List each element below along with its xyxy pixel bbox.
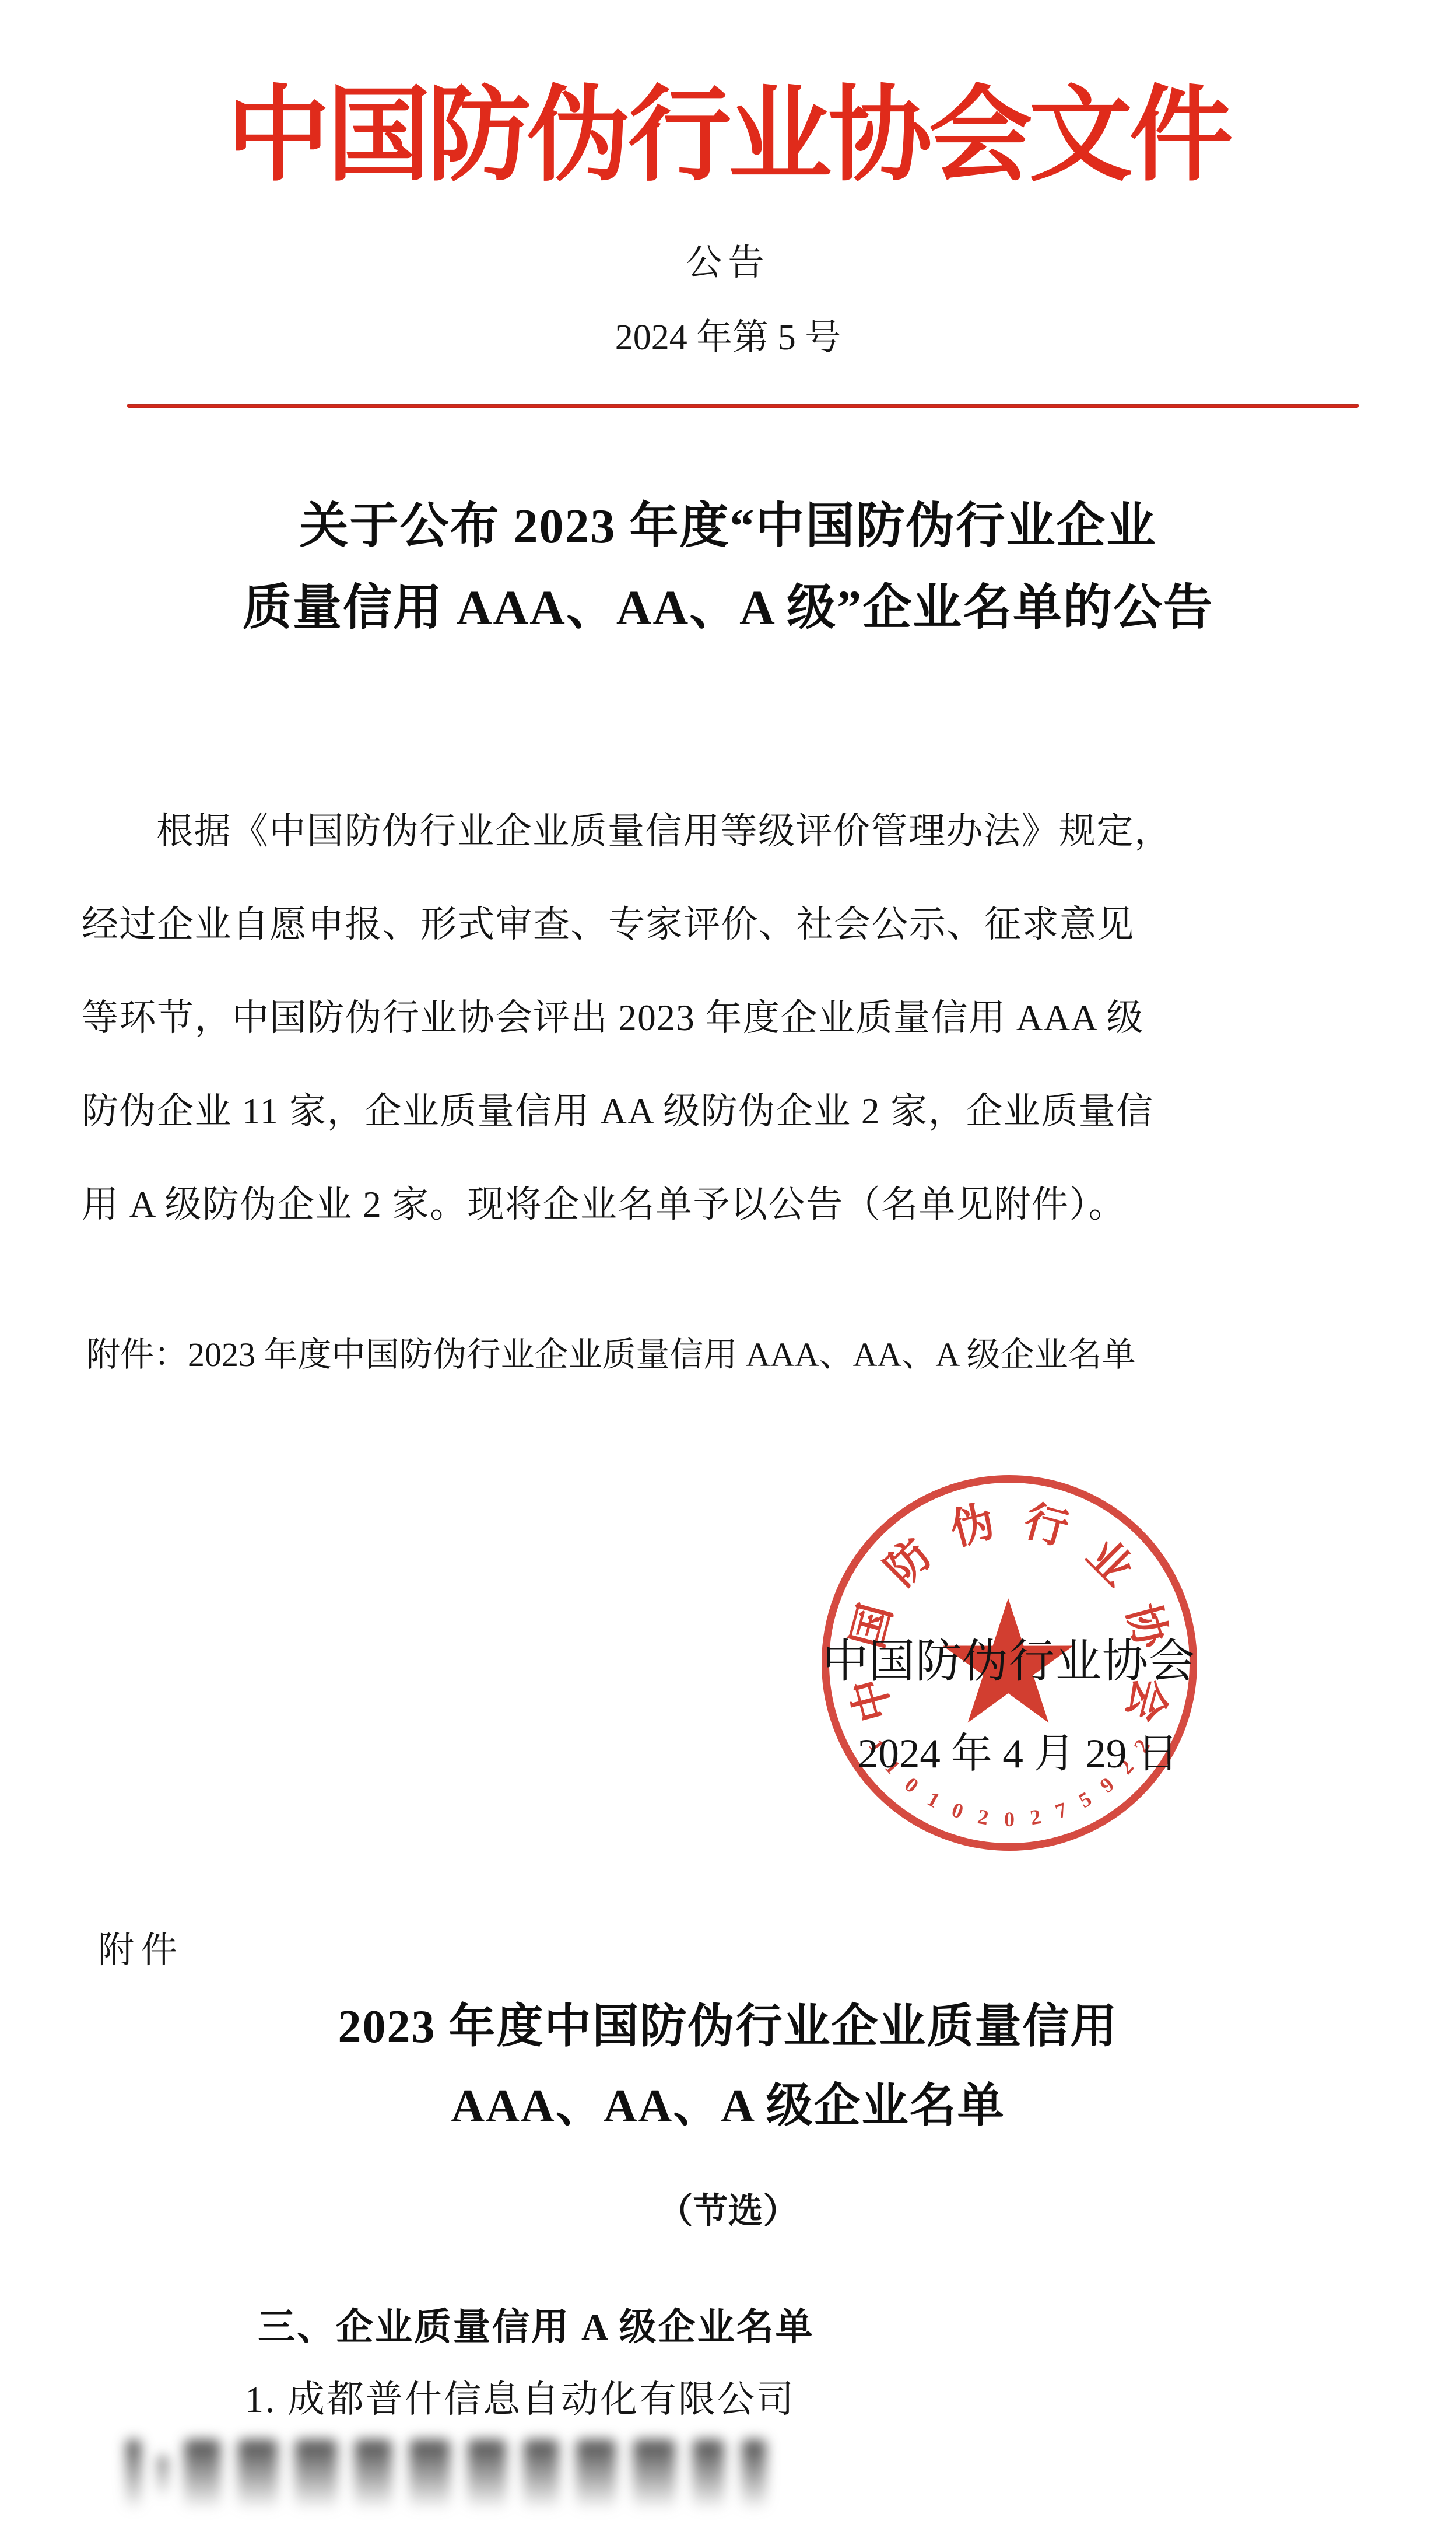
doc-type-heading: 公告 [0, 233, 1456, 285]
blurred-glyph [409, 2439, 450, 2508]
list-item-company-1: 1. 成都普什信息自动化有限公司 [245, 2369, 795, 2423]
seal-code-digit: 0 [1004, 1807, 1015, 1832]
attachment-label: 附件 [98, 1921, 184, 1973]
announcement-title-line1: 关于公布 2023 年度“中国防伪行业企业 [0, 486, 1456, 568]
attachment-subtitle: （节选） [0, 2183, 1456, 2233]
blurred-glyph [159, 2456, 167, 2497]
document-page: 中国防伪行业协会文件 公告 2024 年第 5 号 关于公布 2023 年度“中… [0, 0, 1456, 2535]
attachment-title-line1: 2023 年度中国防伪行业企业质量信用 [0, 1987, 1456, 2067]
blurred-glyph [468, 2439, 506, 2508]
announcement-title-line2: 质量信用 AAA、AA、A 级”企业名单的公告 [0, 568, 1456, 649]
blurred-glyph [633, 2439, 675, 2508]
blurred-glyph [126, 2439, 141, 2508]
body-line: 根据《中国防伪行业企业质量信用等级评价管理办法》规定， [82, 785, 1375, 878]
blurred-glyph [238, 2439, 278, 2508]
list-item-company-2-blurred [126, 2439, 1012, 2520]
body-line: 防伪企业 11 家，企业质量信用 AA 级防伪企业 2 家，企业质量信 [82, 1065, 1375, 1158]
section-heading-a-grade: 三、企业质量信用 A 级企业名单 [258, 2297, 815, 2351]
announcement-title: 关于公布 2023 年度“中国防伪行业企业 质量信用 AAA、AA、A 级”企业… [0, 486, 1456, 649]
blurred-glyph [295, 2439, 337, 2508]
blurred-glyph [524, 2439, 559, 2508]
attachment-title: 2023 年度中国防伪行业企业质量信用 AAA、AA、A 级企业名单 [0, 1987, 1456, 2146]
blurred-glyph [693, 2439, 724, 2508]
blurred-glyph [355, 2439, 392, 2508]
blurred-glyph [576, 2439, 616, 2508]
body-line: 用 A 级防伪企业 2 家。现将企业名单予以公告（名单见附件）。 [82, 1158, 1375, 1251]
attachment-note: 附件：2023 年度中国防伪行业企业质量信用 AAA、AA、A 级企业名单 [86, 1335, 1404, 1375]
blurred-glyph [184, 2439, 220, 2508]
announcement-body: 根据《中国防伪行业企业质量信用等级评价管理办法》规定， 经过企业自愿申报、形式审… [82, 785, 1375, 1251]
org-document-title: 中国防伪行业协会文件 [0, 51, 1456, 201]
body-line: 经过企业自愿申报、形式审查、专家评价、社会公示、征求意见 [82, 878, 1375, 971]
signature-date: 2024 年 4 月 29 日 [858, 1728, 1178, 1780]
body-line: 等环节，中国防伪行业协会评出 2023 年度企业质量信用 AAA 级 [82, 971, 1375, 1065]
blurred-glyph [742, 2439, 766, 2508]
attachment-title-line2: AAA、AA、A 级企业名单 [0, 2067, 1456, 2146]
doc-number: 2024 年第 5 号 [0, 308, 1456, 360]
signature-org: 中国防伪行业协会 [822, 1633, 1195, 1692]
red-divider-rule [127, 404, 1359, 408]
